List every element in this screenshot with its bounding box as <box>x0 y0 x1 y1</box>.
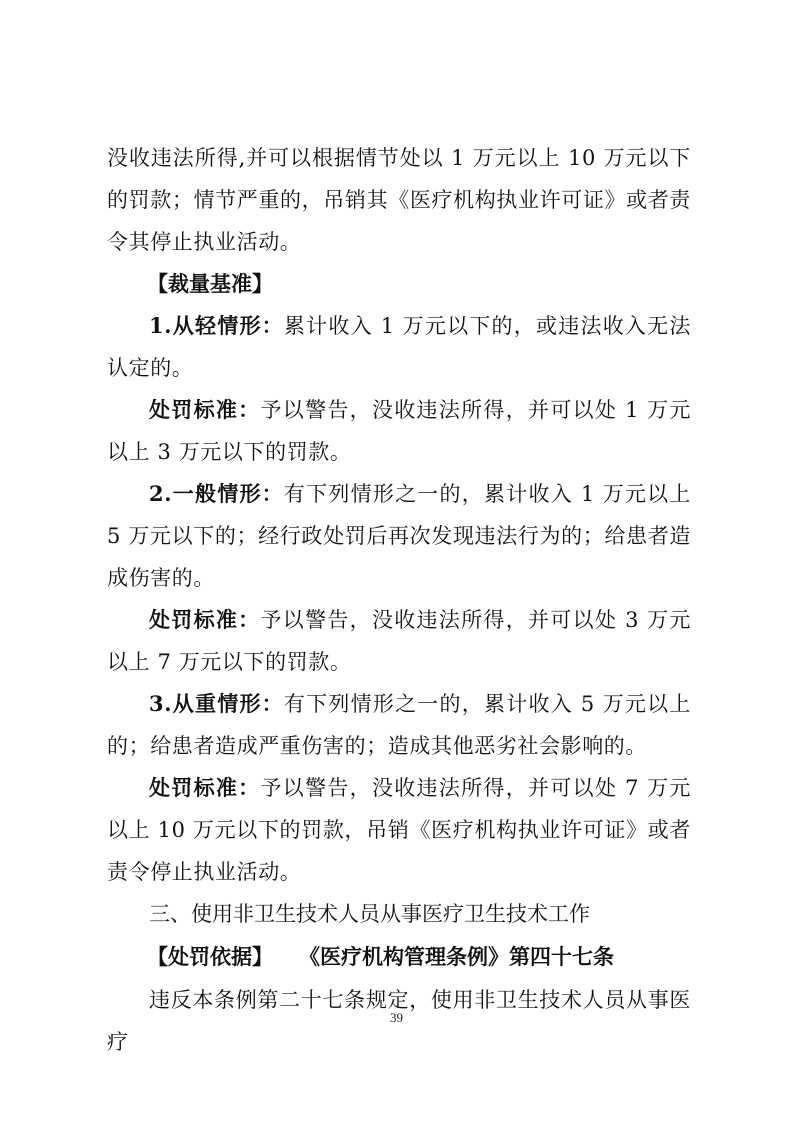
level-2-penalty: 处罚标准：予以警告，没收违法所得，并可以处 3 万元以上 7 万元以下的罚款。 <box>107 599 691 683</box>
section-title: 三、使用非卫生技术人员从事医疗卫生技术工作 <box>107 893 691 935</box>
continuation-paragraph: 没收违法所得,并可以根据情节处以 1 万元以上 10 万元以下的罚款；情节严重的… <box>107 137 691 263</box>
page-number: 39 <box>0 1010 793 1026</box>
level-3-penalty: 处罚标准：予以警告，没收违法所得，并可以处 7 万元以上 10 万元以下的罚款，… <box>107 767 691 893</box>
penalty-basis: 【处罚依据】《医疗机构管理条例》第四十七条 <box>107 935 691 979</box>
level-1-penalty-label: 处罚标准： <box>149 397 260 422</box>
level-2-label: 2.一般情形： <box>149 481 284 506</box>
level-3-label: 3.从重情形： <box>149 691 284 716</box>
basis-label: 【处罚依据】 <box>147 944 273 969</box>
document-page: 没收违法所得,并可以根据情节处以 1 万元以上 10 万元以下的罚款；情节严重的… <box>107 137 691 1063</box>
level-1-condition: 1.从轻情形：累计收入 1 万元以下的，或违法收入无法认定的。 <box>107 305 691 389</box>
discretion-heading: 【裁量基准】 <box>107 263 691 305</box>
level-2-penalty-label: 处罚标准： <box>149 607 260 632</box>
basis-text: 《医疗机构管理条例》第四十七条 <box>299 944 614 969</box>
level-1-penalty: 处罚标准：予以警告，没收违法所得，并可以处 1 万元以上 3 万元以下的罚款。 <box>107 389 691 473</box>
level-3-condition: 3.从重情形：有下列情形之一的，累计收入 5 万元以上的；给患者造成严重伤害的；… <box>107 683 691 767</box>
level-2-condition: 2.一般情形：有下列情形之一的，累计收入 1 万元以上 5 万元以下的；经行政处… <box>107 473 691 599</box>
level-3-penalty-label: 处罚标准： <box>149 775 260 800</box>
level-1-label: 1.从轻情形： <box>149 313 284 338</box>
